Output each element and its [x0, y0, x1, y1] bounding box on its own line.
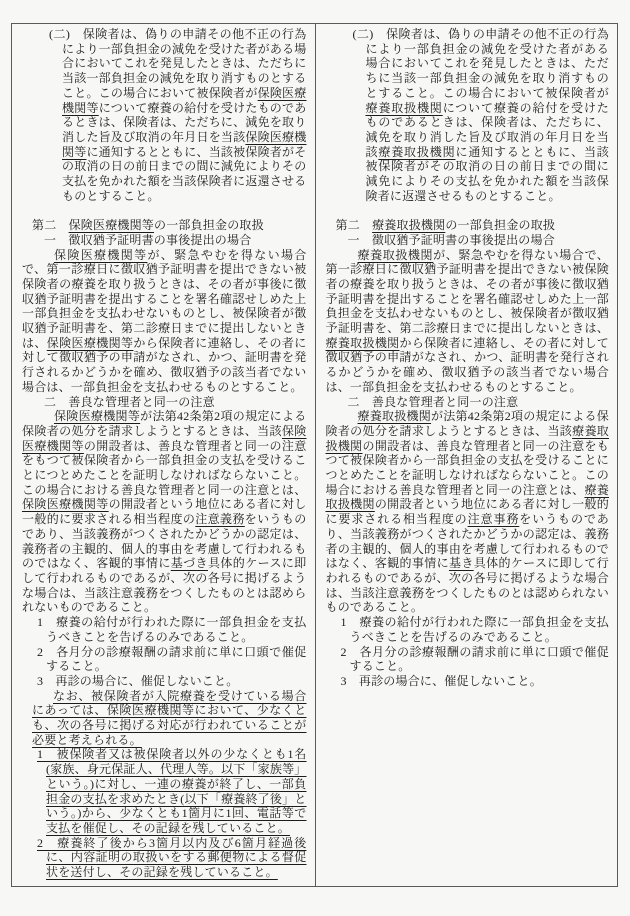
underlined-text: 2 療養終了後から3箇月以内及び6箇月経過後に、内容証明の取扱いをする郵便物によ… [37, 836, 307, 879]
para-ichi-right: 療養取扱機関が、緊急やむを得ない場合で、第一診療日に徴収猶予証明書を提出できない… [322, 248, 610, 395]
para-ni-left: 保険医療機関等が法第42条第2項の規定による保険者の処分を請求しようとするときは… [18, 409, 307, 615]
text-run: 二 善良な管理者と同一の注意 [44, 395, 215, 409]
text-run: 二 善良な管理者と同一の注意 [348, 395, 519, 409]
underlined-text: 保険医療機関等 [22, 497, 109, 511]
underlined-text: 療養取扱機関 [358, 409, 432, 423]
item-1-right: 1 療養の給付が行われた際に一部負担金を支払うべきことを告げるのみであること。 [322, 615, 610, 644]
underlined-text: 療養取扱機関 [326, 336, 400, 350]
text-run: 第二 [32, 218, 69, 232]
nao-item-1-left: 1 被保険者又は被保険者以外の少なくとも1名(家族、身元保証人、代理人等。以下「… [18, 747, 307, 835]
heading-dai2-right: 第二 療養取扱機関の一部負担金の取扱 [322, 218, 610, 233]
item-1-left: 1 療養の給付が行われた際に一部負担金を支払うべきことを告げるのみであること。 [18, 615, 307, 644]
nao-paragraph-left: なお、被保険者が入院療養を受けている場合にあっては、保険医療機関等において、少な… [18, 689, 307, 748]
clause-ni-left: (二) 保険者は、偽りの申請その他不正の行為により一部負担金の減免を受けた者があ… [18, 27, 307, 203]
heading-ichi-left: 一 徴収猶予証明書の事後提出の場合 [18, 233, 307, 248]
underlined-text: なお、被保険者が入院療養を受けている場合にあっては、保険医療機関等において、少な… [32, 689, 307, 747]
underlined-text: 1 被保険者又は被保険者以外の少なくとも1名(家族、身元保証人、代理人等。以下「… [37, 747, 307, 835]
text-run: の一部負担金の取扱 [154, 218, 264, 232]
underlined-text: 保険医療機関等 [54, 409, 140, 423]
text-run: (二) 保険者は、偽りの申請その他不正の行為により一部負担金の減免を受けた者があ… [353, 27, 610, 100]
text-run: 2 各月分の診療報酬の請求前に単に口頭で催促すること。 [37, 645, 307, 674]
item-3-left: 3 再診の場合に、催促しないこと。 [18, 674, 307, 689]
text-run: に通知するとともに、当該被保険者がその取消の日の前日までの間に減免によりその支払… [62, 145, 307, 203]
item-2-left: 2 各月分の診療報酬の請求前に単に口頭で催促すること。 [18, 645, 307, 674]
underlined-text: 療養取扱機関 [358, 248, 434, 262]
para-ni-right: 療養取扱機関が法第42条第2項の規定による保険者の処分を請求しようとするときは、… [322, 409, 610, 615]
left-column: (二) 保険者は、偽りの申請その他不正の行為により一部負担金の減免を受けた者があ… [12, 24, 315, 886]
underlined-text: 保険医療機関等 [54, 248, 147, 262]
underlined-text: 療養取扱機関 [378, 145, 455, 159]
text-run: 1 療養の給付が行われた際に一部負担金を支払うべきことを告げるのみであること。 [341, 615, 610, 644]
underlined-text: 療養取扱機関 [366, 101, 443, 115]
scanned-legal-document-page: { "colors": { "background": "#f7f7f5", "… [0, 0, 630, 916]
text-run: の開設者は、善良な管理者と同一の注意をもつて被保険者から一部負担金の支払を受ける… [326, 439, 610, 497]
text-run: 3 再診の場合に、催促しないこと。 [341, 674, 542, 688]
text-run: が、緊急やむを得ない場合で、第一診療日に徴収猶予証明書を提出できない被保険者の療… [22, 248, 307, 350]
nao-item-2-left: 2 療養終了後から3箇月以内及び6箇月経過後に、内容証明の取扱いをする郵便物によ… [18, 836, 307, 880]
underlined-text: 基き [449, 556, 474, 570]
heading-ichi-right: 一 徴収猶予証明書の事後提出の場合 [322, 233, 610, 248]
document-table: (二) 保険者は、偽りの申請その他不正の行為により一部負担金の減免を受けた者があ… [11, 23, 618, 887]
heading-dai2-left: 第二 保険医療機関等の一部負担金の取扱 [18, 218, 307, 233]
text-run: 一 徴収猶予証明書の事後提出の場合 [348, 233, 555, 247]
clause-ni-right: (二) 保険者は、偽りの申請その他不正の行為により一部負担金の減免を受けた者があ… [322, 27, 610, 203]
text-run: 2 各月分の診療報酬の請求前に単に口頭で催促すること。 [341, 645, 610, 674]
blank-line [322, 203, 610, 218]
right-column: (二) 保険者は、偽りの申請その他不正の行為により一部負担金の減免を受けた者があ… [315, 24, 618, 886]
underlined-text: 保険医療機関等 [47, 336, 134, 350]
item-2-right: 2 各月分の診療報酬の請求前に単に口頭で催促すること。 [322, 645, 610, 674]
text-run: 一 徴収猶予証明書の事後提出の場合 [44, 233, 251, 247]
heading-ni-left: 二 善良な管理者と同一の注意 [18, 395, 307, 410]
underlined-text: 注意事務 [468, 512, 520, 526]
blank-line [18, 203, 307, 218]
text-run: 3 再診の場合に、催促しないこと。 [37, 674, 238, 688]
underlined-text: 療養取扱機関 [372, 218, 445, 232]
para-ichi-left: 保険医療機関等が、緊急やむを得ない場合で、第一診療日に徴収猶予証明書を提出できな… [18, 248, 307, 395]
underlined-text: 注意義務 [195, 512, 245, 526]
underlined-text: 保険医療機関等 [69, 218, 154, 232]
text-run: 第二 [336, 218, 373, 232]
text-run: 1 療養の給付が行われた際に一部負担金を支払うべきことを告げるのみであること。 [37, 615, 307, 644]
underlined-text: 基づき [171, 556, 208, 570]
text-run: の一部負担金の取扱 [445, 218, 555, 232]
item-3-right: 3 再診の場合に、催促しないこと。 [322, 674, 610, 689]
heading-ni-right: 二 善良な管理者と同一の注意 [322, 395, 610, 410]
